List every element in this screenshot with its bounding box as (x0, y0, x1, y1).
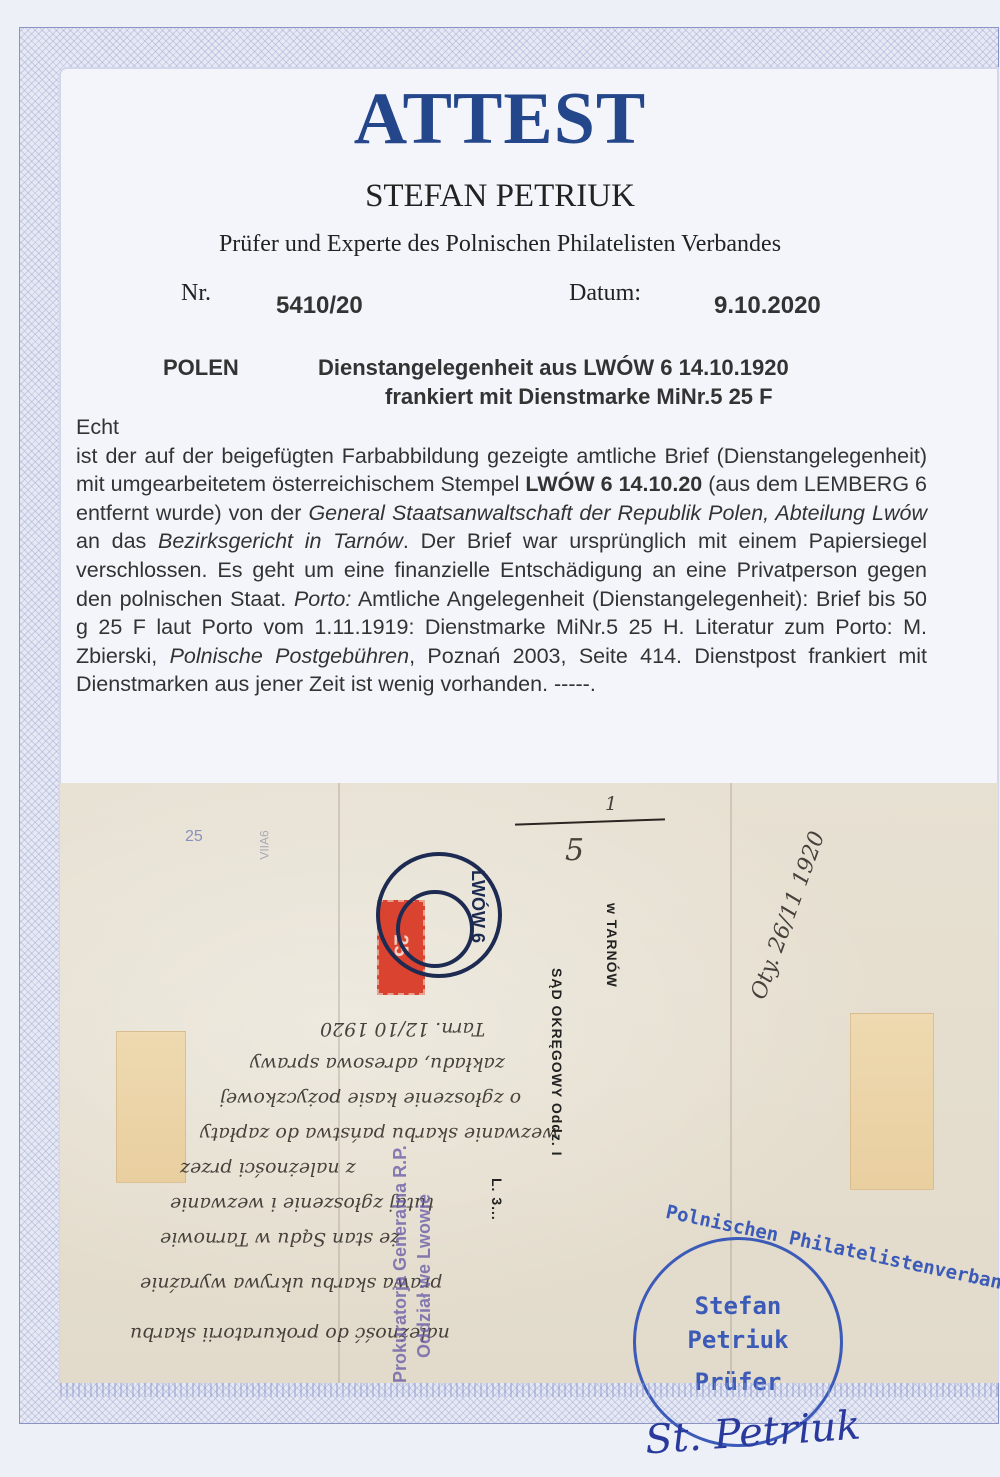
item-description-1: Dienstangelegenheit aus LWÓW 6 14.10.192… (318, 355, 789, 381)
seal-line: Petriuk (636, 1326, 840, 1354)
court-stamp: L. 3... (489, 1178, 505, 1221)
certificate-number: 5410/20 (276, 292, 363, 320)
guilloche-bottom (60, 1383, 1000, 1397)
handwriting-line: z należności przez (180, 1158, 356, 1180)
sender: General Staatsanwaltschaft der Republik … (308, 501, 927, 525)
prokuratoria-stamp: Prokuratorja Generalna R.P. (390, 1145, 411, 1383)
postmark-text: LWÓW 6 (467, 870, 488, 943)
date-label: Datum: (569, 280, 641, 307)
handwriting-line: zakładu, adresowa sprawy (250, 1053, 505, 1075)
recipient: Bezirksgericht in Tarnów (158, 529, 403, 553)
handwriting-line: Tarn. 12/10 1920 (320, 1018, 485, 1040)
text: an das (76, 529, 158, 553)
letter-photo: 25 VIIA6 1 5 Oty. 26/11 1920 Tarn. 12/10… (60, 783, 998, 1383)
porto-label: Porto: (294, 587, 351, 611)
fraction-denominator: 5 (565, 833, 584, 868)
handwriting-line: wezwanie skarbu państwa do zapłaty (200, 1123, 559, 1145)
court-stamp: SĄD OKRĘGOWY Oddz. I (549, 968, 565, 1157)
country: POLEN (163, 355, 239, 381)
handwriting-line: że stan Sądu w Tarnowie (160, 1228, 400, 1250)
paper-seal-left (116, 1031, 186, 1183)
fraction-line (515, 818, 665, 825)
verdict: Echt (76, 413, 927, 442)
item-description-2: frankiert mit Dienstmarke MiNr.5 25 F (385, 384, 773, 410)
postmark-inner (396, 890, 474, 968)
expert-subtitle: Prüfer und Experte des Polnischen Philat… (0, 232, 1000, 256)
description-paragraph: ist der auf der beigefügten Farbabbildun… (76, 442, 927, 699)
seal-line: Stefan (636, 1292, 840, 1320)
certificate-date: 9.10.2020 (714, 292, 821, 320)
pencil-mark: 25 (185, 828, 203, 846)
paper-seal-right (850, 1013, 934, 1190)
prokuratoria-stamp: Oddział we Lwowie (414, 1194, 435, 1358)
certificate-title: ATTEST (0, 82, 1000, 156)
cancel-text: LWÓW 6 14.10.20 (525, 472, 702, 496)
certificate-body: Echt ist der auf der beigefügten Farbabb… (76, 413, 927, 699)
book-title: Polnische Postgebühren (170, 644, 409, 668)
fraction-numerator: 1 (605, 793, 617, 815)
docket-note: Oty. 26/11 1920 (746, 828, 830, 1003)
expert-name: STEFAN PETRIUK (0, 180, 1000, 213)
court-stamp: w TARNÓW (604, 903, 620, 988)
pencil-mark: VIIA6 (258, 830, 272, 859)
number-label: Nr. (181, 280, 211, 307)
handwriting-line: o zgłoszenie kasie pożyczkowej (220, 1088, 521, 1110)
